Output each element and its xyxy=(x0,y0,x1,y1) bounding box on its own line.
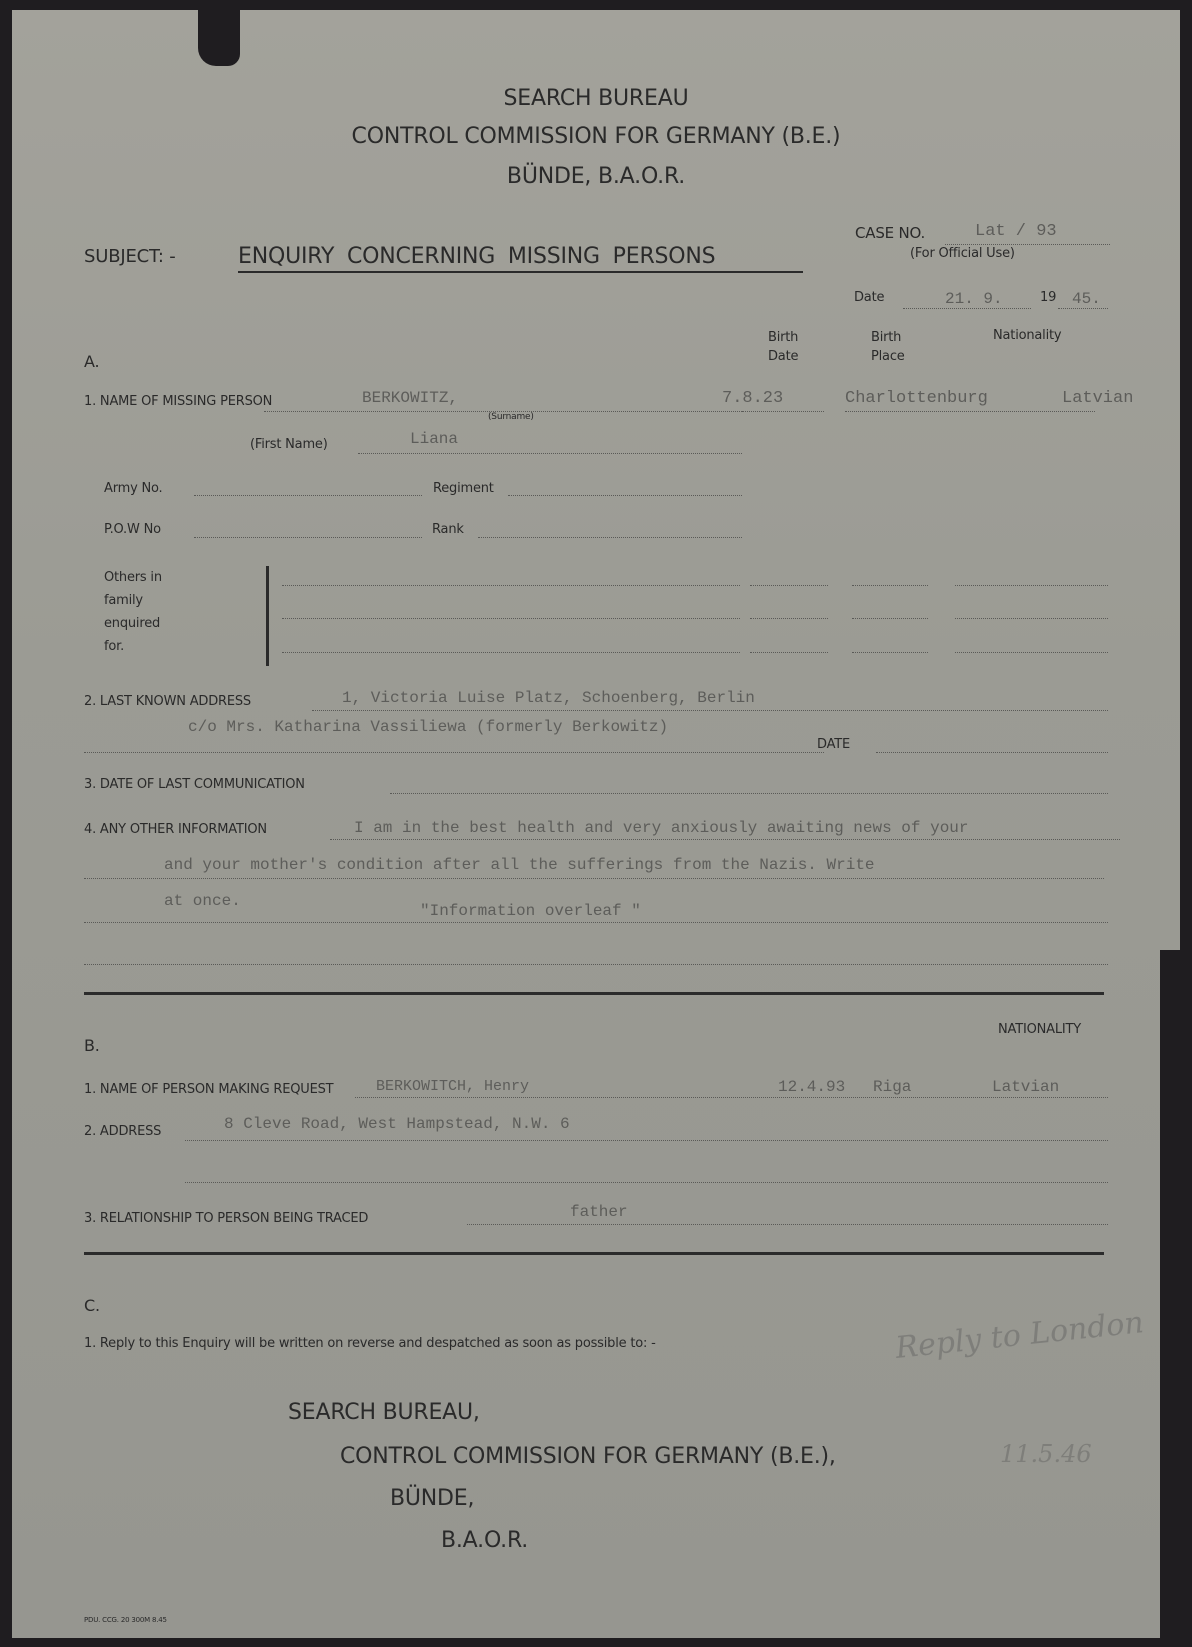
header-line-3: BÜNDE, B.A.O.R. xyxy=(0,164,1192,189)
address-line-2[interactable] xyxy=(185,1182,1108,1183)
others-bracket xyxy=(266,566,269,666)
last-address-value-1[interactable]: 1, Victoria Luise Platz, Schoenberg, Ber… xyxy=(342,689,755,707)
other-info-value-2[interactable]: and your mother's condition after all th… xyxy=(164,856,875,874)
address-label: 2. ADDRESS xyxy=(84,1124,161,1139)
case-no-label: CASE NO. xyxy=(855,224,925,242)
regiment-field[interactable] xyxy=(508,495,742,496)
first-name-line xyxy=(358,453,742,454)
missing-person-label: 1. NAME OF MISSING PERSON xyxy=(84,394,272,409)
others-row-1-nationality[interactable] xyxy=(955,585,1108,586)
others-row-1-birth-date[interactable] xyxy=(750,585,828,586)
other-info-value-1[interactable]: I am in the best health and very anxious… xyxy=(354,819,969,837)
surname-value[interactable]: BERKOWITZ, xyxy=(362,389,458,407)
section-a-label: A. xyxy=(84,352,99,371)
last-address-label: 2. LAST KNOWN ADDRESS xyxy=(84,694,251,709)
other-info-line-1 xyxy=(330,839,1120,840)
handwritten-date: 11.5.46 xyxy=(1000,1440,1092,1468)
others-in-family-label: Others in family enquired for. xyxy=(104,566,162,658)
reply-address-line-2: CONTROL COMMISSION FOR GERMANY (B.E.), xyxy=(340,1444,836,1469)
section-a-divider xyxy=(84,992,1104,995)
address-line-1 xyxy=(185,1140,1108,1141)
other-info-note[interactable]: "Information overleaf " xyxy=(420,902,641,920)
birth-date-value[interactable]: 7.8.23 xyxy=(722,389,783,408)
last-communication-field[interactable] xyxy=(390,793,1108,794)
last-address-line-1 xyxy=(312,710,1108,711)
others-row-3-nationality[interactable] xyxy=(955,652,1108,653)
case-no-note: (For Official Use) xyxy=(910,246,1015,261)
case-no-line xyxy=(945,244,1110,245)
reply-address-line-4: B.A.O.R. xyxy=(441,1528,528,1553)
rank-label: Rank xyxy=(432,522,464,537)
pow-no-field[interactable] xyxy=(194,537,422,538)
header-line-1: SEARCH BUREAU xyxy=(0,86,1192,111)
paper-tear-notch xyxy=(198,0,240,66)
section-b-divider xyxy=(84,1252,1104,1255)
other-info-value-3[interactable]: at once. xyxy=(164,892,241,910)
date-value[interactable]: 21. 9. xyxy=(945,290,1003,308)
address-value[interactable]: 8 Cleve Road, West Hampstead, N.W. 6 xyxy=(224,1115,570,1133)
col-nationality-header: Nationality xyxy=(993,328,1061,343)
requester-name[interactable]: BERKOWITCH, Henry xyxy=(376,1078,529,1095)
paper-torn-edge xyxy=(1160,950,1192,1647)
last-address-line-2 xyxy=(84,752,824,753)
birth-date-line xyxy=(742,411,824,412)
other-info-line-4 xyxy=(84,964,1108,965)
surname-caption: (Surname) xyxy=(488,412,534,422)
section-b-nationality-header: NATIONALITY xyxy=(998,1022,1081,1037)
other-info-label: 4. ANY OTHER INFORMATION xyxy=(84,822,267,837)
requester-nationality[interactable]: Latvian xyxy=(992,1078,1059,1096)
other-info-line-3 xyxy=(84,922,1108,923)
section-b-label: B. xyxy=(84,1036,100,1055)
last-address-date-field[interactable] xyxy=(876,752,1108,753)
case-no-value[interactable]: Lat / 93 xyxy=(975,222,1057,241)
pow-no-label: P.O.W No xyxy=(104,522,161,537)
relationship-value[interactable]: father xyxy=(570,1203,628,1221)
first-name-label: (First Name) xyxy=(250,437,328,452)
first-name-value[interactable]: Liana xyxy=(410,430,458,448)
others-row-1-birth-place[interactable] xyxy=(852,585,928,586)
reply-address-line-3: BÜNDE, xyxy=(390,1486,474,1511)
section-c-label: C. xyxy=(84,1296,100,1315)
year-value[interactable]: 45. xyxy=(1072,290,1101,308)
year-line xyxy=(1058,308,1108,309)
regiment-label: Regiment xyxy=(433,481,494,496)
others-row-1-name[interactable] xyxy=(282,585,740,586)
others-row-2-birth-place[interactable] xyxy=(852,618,928,619)
rank-field[interactable] xyxy=(478,537,742,538)
birth-place-line xyxy=(845,411,1095,412)
birth-place-value[interactable]: Charlottenburg xyxy=(845,389,988,408)
relationship-label: 3. RELATIONSHIP TO PERSON BEING TRACED xyxy=(84,1211,368,1226)
col-birth-date-header: Birth Date xyxy=(768,328,798,366)
others-row-2-name[interactable] xyxy=(282,618,740,619)
last-communication-label: 3. DATE OF LAST COMMUNICATION xyxy=(84,777,305,792)
others-row-2-nationality[interactable] xyxy=(955,618,1108,619)
date-label: Date xyxy=(854,290,884,305)
reply-address-line-1: SEARCH BUREAU, xyxy=(288,1400,480,1425)
subject-title: ENQUIRY CONCERNING MISSING PERSONS xyxy=(238,244,803,273)
reply-instruction: 1. Reply to this Enquiry will be written… xyxy=(84,1336,656,1351)
last-address-date-label: DATE xyxy=(817,737,850,752)
requester-birth-date[interactable]: 12.4.93 xyxy=(778,1078,845,1096)
nationality-value[interactable]: Latvian xyxy=(1062,389,1133,408)
others-row-3-birth-date[interactable] xyxy=(750,652,828,653)
army-no-field[interactable] xyxy=(194,495,422,496)
requester-birth-place[interactable]: Riga xyxy=(873,1078,911,1096)
relationship-line xyxy=(467,1224,1108,1225)
last-address-value-2[interactable]: c/o Mrs. Katharina Vassiliewa (formerly … xyxy=(188,718,668,736)
requester-line xyxy=(355,1097,1108,1098)
other-info-line-2 xyxy=(84,878,1104,879)
requester-label: 1. NAME OF PERSON MAKING REQUEST xyxy=(84,1082,333,1097)
header-line-2: CONTROL COMMISSION FOR GERMANY (B.E.) xyxy=(0,124,1192,149)
year-prefix: 19 xyxy=(1040,290,1056,305)
others-row-3-birth-place[interactable] xyxy=(852,652,928,653)
print-code: PDU. CCG. 20 300M 8.45 xyxy=(84,1616,167,1624)
others-row-3-name[interactable] xyxy=(282,652,740,653)
others-row-2-birth-date[interactable] xyxy=(750,618,828,619)
date-line xyxy=(903,308,1031,309)
army-no-label: Army No. xyxy=(104,481,162,496)
col-birth-place-header: Birth Place xyxy=(871,328,905,366)
subject-label: SUBJECT: - xyxy=(84,246,176,267)
